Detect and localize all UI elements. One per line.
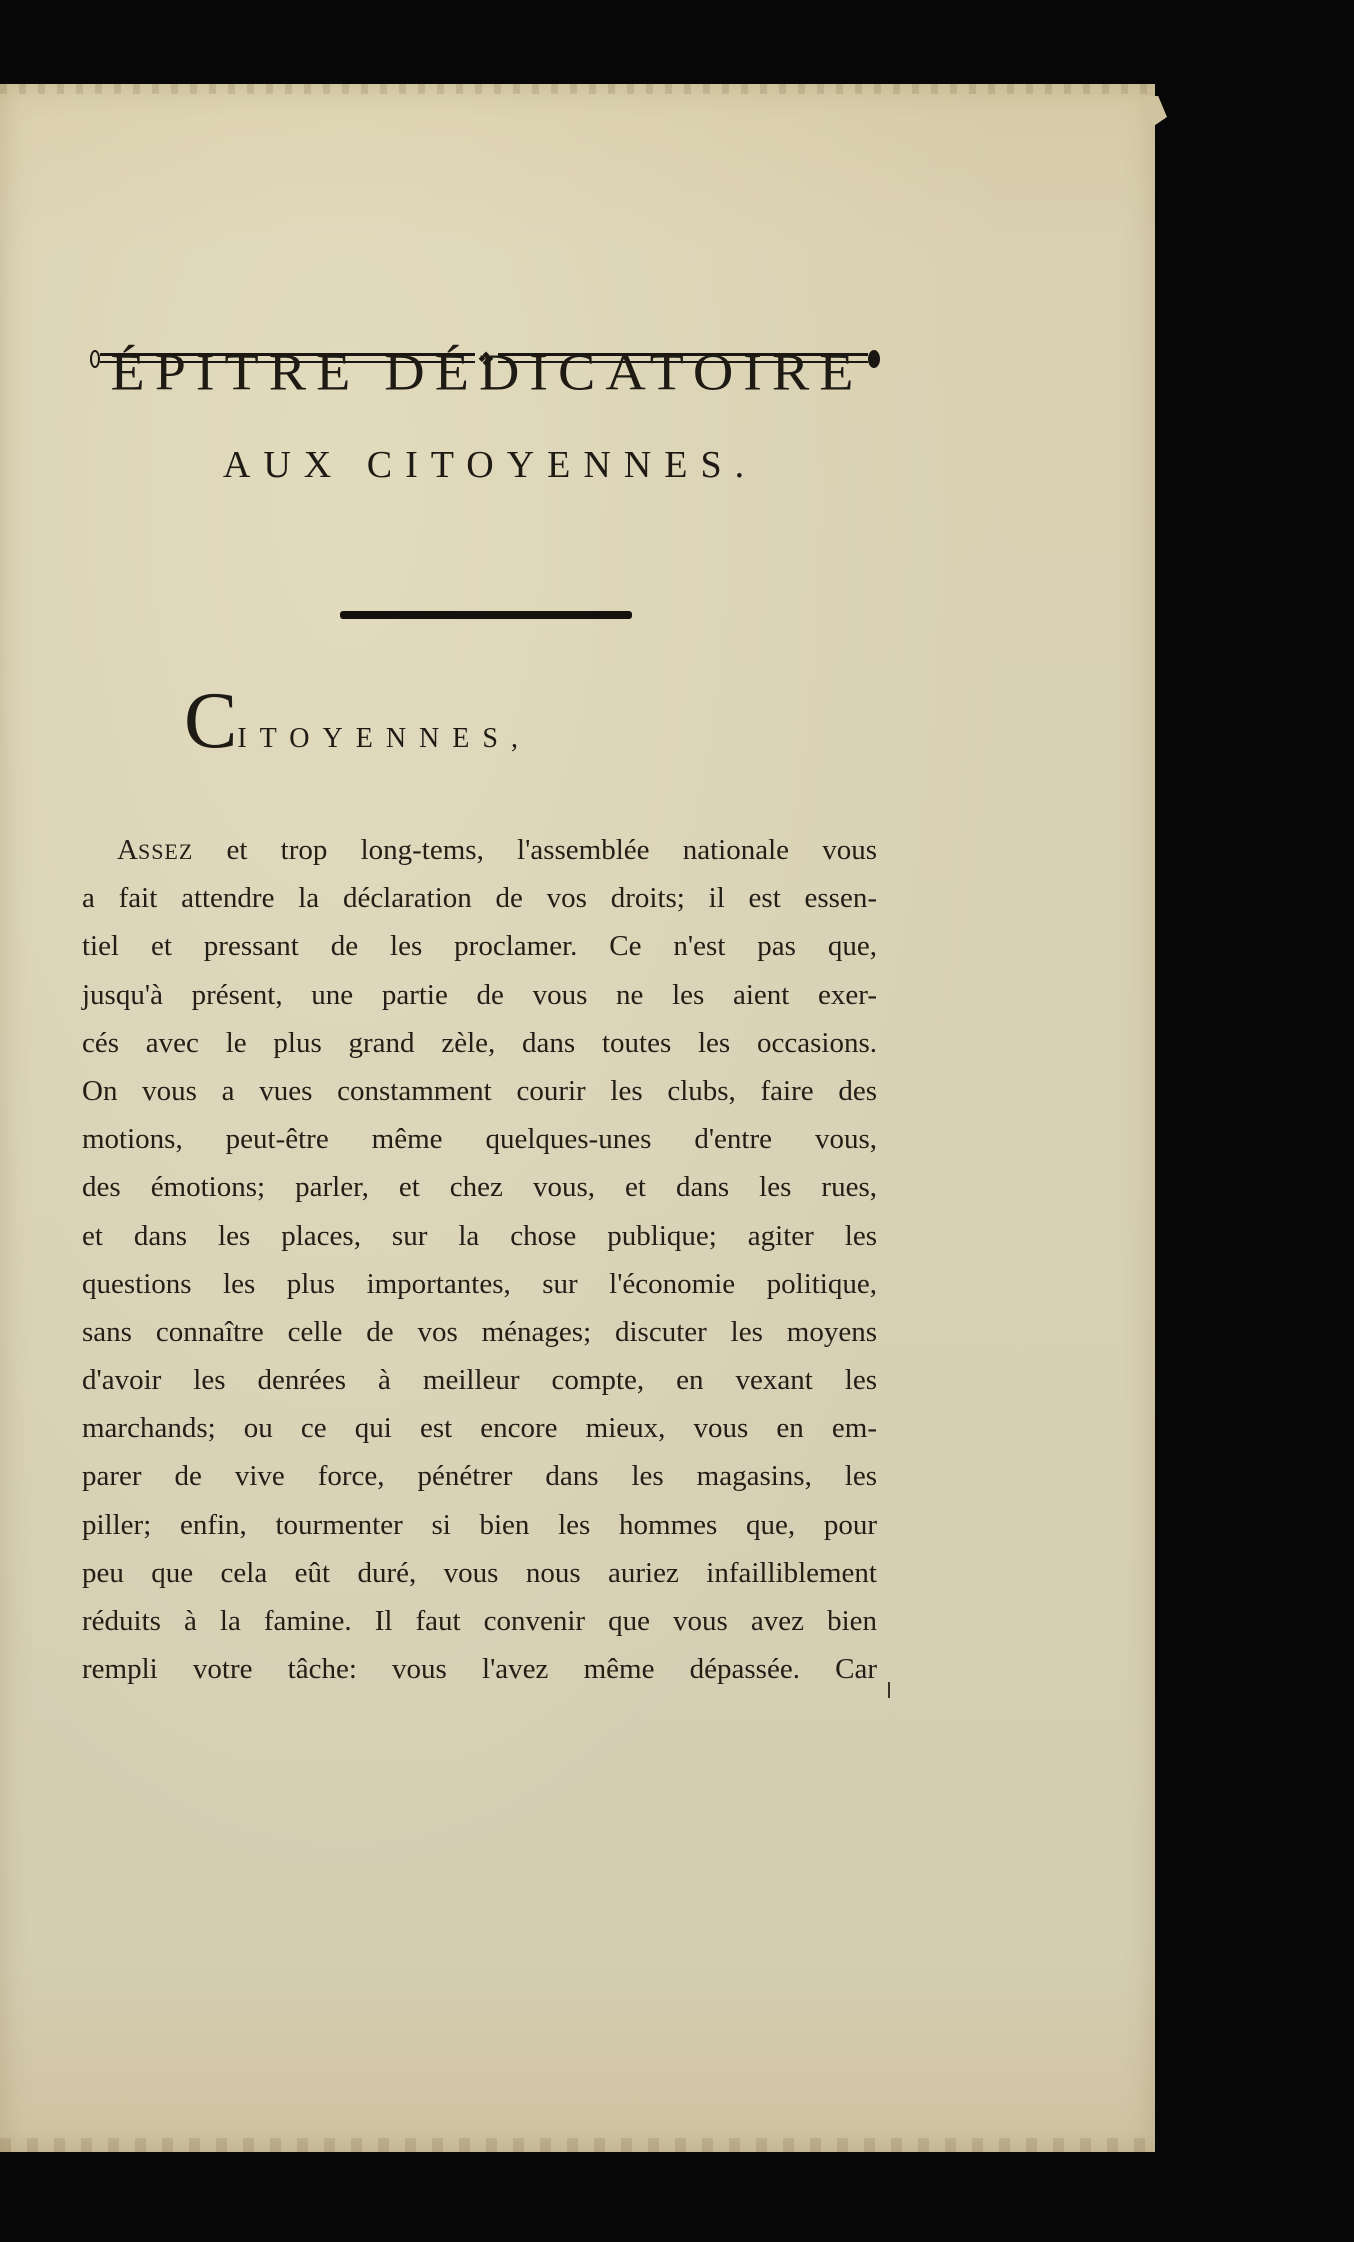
text-line: des émotions; parler, et chez vous, et d… [82, 1163, 877, 1211]
text-line: ASSEZ et trop long-tems, l'assemblée nat… [82, 826, 877, 874]
salutation-rest: ITOYENNES, [237, 723, 531, 754]
text-line: parer de vive force, pénétrer dans les m… [82, 1452, 877, 1500]
section-divider [340, 611, 632, 619]
text-line: réduits à la famine. Il faut convenir qu… [82, 1597, 877, 1645]
text-line: rempli votre tâche: vous l'avez même dép… [82, 1645, 877, 1693]
text-line: On vous a vues constamment courir les cl… [82, 1067, 877, 1115]
text-line: cés avec le plus grand zèle, dans toutes… [82, 1019, 877, 1067]
salutation: CITOYENNES, [184, 686, 531, 756]
salutation-initial: C [184, 677, 237, 765]
margin-mark [888, 1682, 890, 1698]
text-line: jusqu'à présent, une partie de vous ne l… [82, 971, 877, 1019]
text-line: sans connaître celle de vos ménages; dis… [82, 1308, 877, 1356]
line-text: et trop long-tems, l'assemblée nationale… [193, 834, 877, 866]
text-line: et dans les places, sur la chose publiqu… [82, 1212, 877, 1260]
text-line: motions, peut-être même quelques-unes d'… [82, 1115, 877, 1163]
document-page: ❖ ÉPITRE DÉDICATOIRE AUX CITOYENNES. CIT… [0, 84, 1155, 2152]
text-line: d'avoir les denrées à meilleur compte, e… [82, 1356, 877, 1404]
text-line: peu que cela eût duré, vous nous auriez … [82, 1549, 877, 1597]
text-line: piller; enfin, tourmenter si bien les ho… [82, 1501, 877, 1549]
body-paragraph: ASSEZ et trop long-tems, l'assemblée nat… [82, 826, 877, 1693]
page-title: ÉPITRE DÉDICATOIRE [86, 345, 888, 400]
text-line: a fait attendre la déclaration de vos dr… [82, 874, 877, 922]
text-line: marchands; ou ce qui est encore mieux, v… [82, 1404, 877, 1452]
lead-smallcaps: SSEZ [138, 839, 193, 864]
text-line: tiel et pressant de les proclamer. Ce n'… [82, 922, 877, 970]
text-line: questions les plus importantes, sur l'éc… [82, 1260, 877, 1308]
page-subtitle: AUX CITOYENNES. [190, 443, 790, 487]
paper-torn-edge [1145, 96, 1167, 126]
lead-initial: A [117, 834, 138, 866]
